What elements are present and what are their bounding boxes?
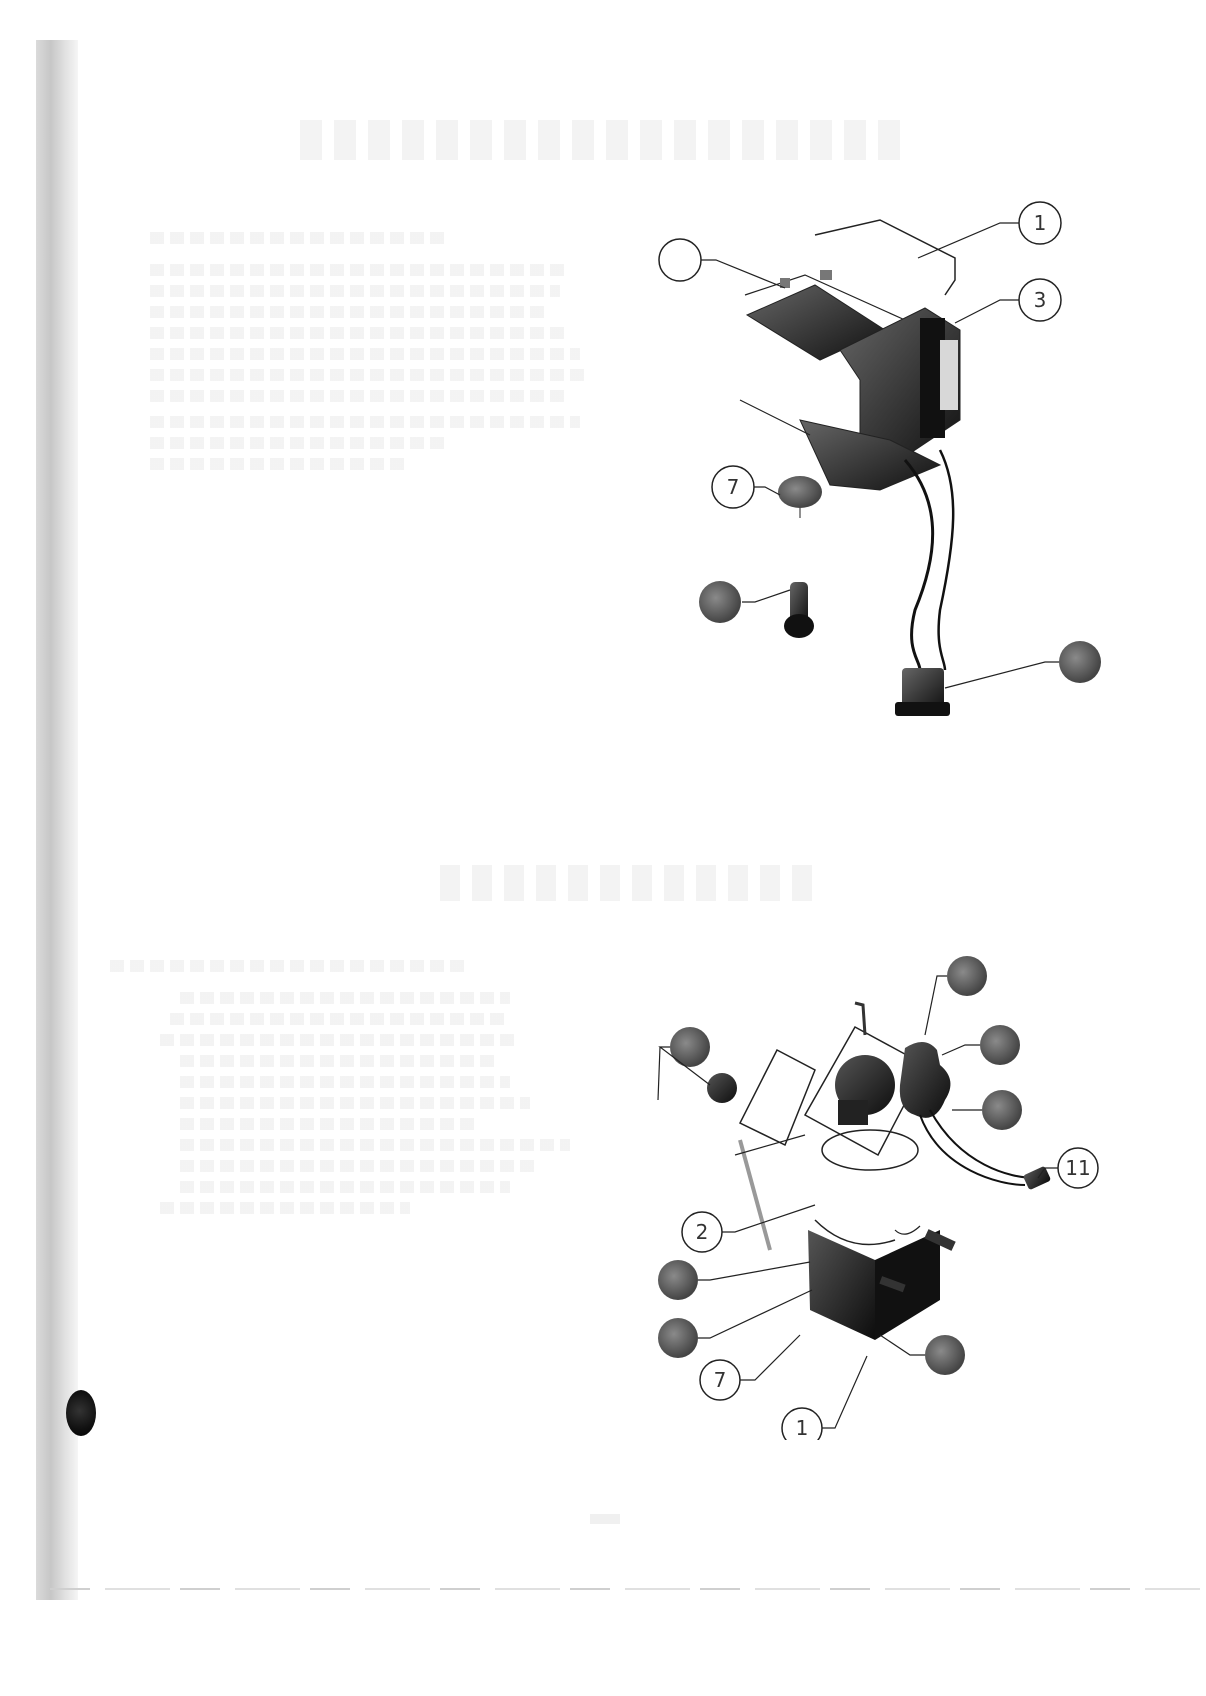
section-1-title (300, 120, 900, 160)
section-2-text (110, 960, 550, 1223)
svg-text:1: 1 (796, 1416, 809, 1440)
callout-filled-connector (945, 641, 1101, 688)
callout-filled-bracket-b (658, 1290, 812, 1358)
scan-binding-edge (36, 40, 78, 1600)
svg-text:1: 1 (1034, 211, 1047, 235)
svg-text:11: 11 (1065, 1156, 1090, 1180)
section-2-exploded-diagram: 11 2 7 1 (640, 940, 1200, 1440)
callout-7: 7 (712, 466, 780, 508)
svg-text:7: 7 (727, 475, 740, 499)
section-2-title (440, 865, 820, 901)
page-number (590, 1514, 620, 1524)
callout-filled-motor-mid (942, 1025, 1020, 1065)
punch-hole (66, 1390, 96, 1436)
callout-filled-motor-top (925, 956, 987, 1035)
svg-text:2: 2 (696, 1220, 709, 1244)
svg-text:3: 3 (1034, 288, 1047, 312)
callout-filled-left (658, 1027, 710, 1100)
callout-filled-bracket-c (880, 1335, 965, 1375)
callout-7: 7 (700, 1335, 800, 1400)
page-bottom-edge (50, 1588, 1200, 1590)
callout-filled-screw (699, 581, 790, 623)
callout-3: 3 (955, 279, 1061, 323)
section-1-text (150, 232, 590, 479)
svg-text:7: 7 (714, 1368, 727, 1392)
section-1-exploded-diagram: 1 3 7 (640, 190, 1120, 790)
callout-filled-bracket-a (658, 1260, 810, 1300)
callout-empty (659, 239, 785, 288)
callout-2: 2 (682, 1205, 815, 1252)
callout-filled-motor-low (952, 1090, 1022, 1130)
callout-1: 1 (782, 1356, 867, 1440)
